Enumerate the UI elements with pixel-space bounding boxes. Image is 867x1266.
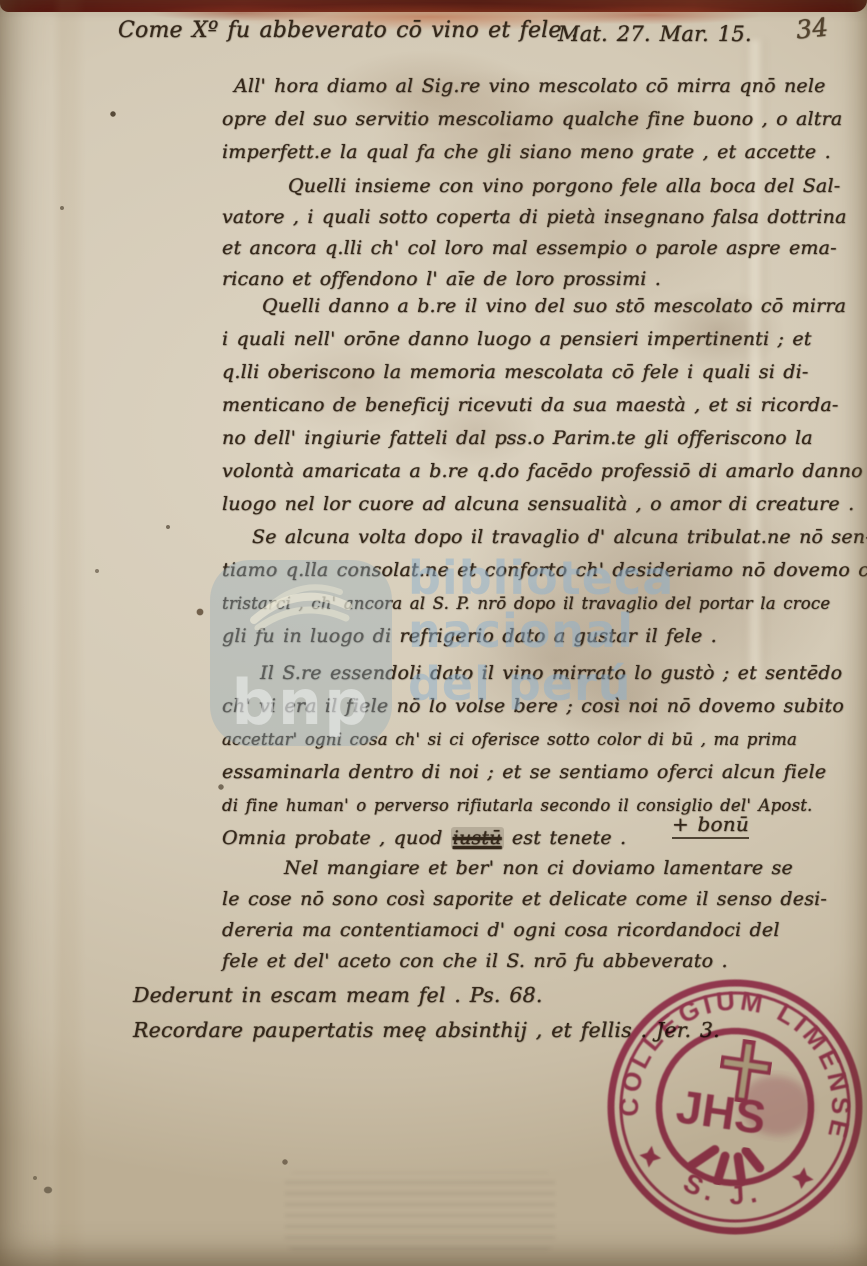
folio-number: 34 xyxy=(795,12,830,44)
manuscript-line: All' hora diamo al Sig.re vino mescolato… xyxy=(222,70,822,103)
manuscript-line: tiamo q.lla consolat.ne et conforto ch' … xyxy=(222,554,822,587)
margin-correction-note: + bonū xyxy=(672,812,749,839)
line-fragment: Omnia probate , quod xyxy=(222,827,451,849)
manuscript-line: i quali nell' orōne danno luogo a pensie… xyxy=(222,323,822,356)
manuscript-line: q.lli oberiscono la memoria mescolata cō… xyxy=(222,356,822,389)
manuscript-line: Quelli danno a b.re il vino del suo stō … xyxy=(222,290,822,323)
manuscript-line: volontà amaricata a b.re q.do facēdo pro… xyxy=(222,455,822,488)
struck-word: iustū xyxy=(451,827,504,849)
manuscript-line: menticano de beneficij ricevuti da sua m… xyxy=(222,389,822,422)
manuscript-line: luogo nel lor cuore ad alcuna sensualità… xyxy=(222,488,822,521)
line-fragment: est tenete . xyxy=(504,827,627,849)
page-title: Come Xº fu abbeverato cō vino et fele . xyxy=(118,18,578,43)
manuscript-line: Il S.re essendoli dato il vino mirrato l… xyxy=(222,657,822,690)
manuscript-line: ch' vi era il fiele nō lo volse bere ; c… xyxy=(222,690,822,723)
paragraph-3: Quelli danno a b.re il vino del suo stō … xyxy=(222,290,822,521)
verso-show-through xyxy=(285,1172,555,1250)
manuscript-line: Nel mangiare et ber' non ci doviamo lame… xyxy=(222,853,822,884)
manuscript-line: et ancora q.lli ch' col loro mal essempi… xyxy=(222,233,822,264)
manuscript-line: no dell' ingiurie fatteli dal pss.o Pari… xyxy=(222,422,822,455)
manuscript-line: opre del suo servitio mescoliamo qualche… xyxy=(222,103,822,136)
paragraph-4: Se alcuna volta dopo il travaglio d' alc… xyxy=(222,521,822,653)
jesuit-stamp: COLLEGIUM LIMENSE S. J. JHS xyxy=(583,955,867,1260)
manuscript-line: essaminarla dentro di noi ; et se sentia… xyxy=(222,756,822,789)
paragraph-1: All' hora diamo al Sig.re vino mescolato… xyxy=(222,70,822,169)
manuscript-line: vatore , i quali sotto coperta di pietà … xyxy=(222,202,822,233)
citation-psalm: Dederunt in escam meam fel . Ps. 68. xyxy=(133,983,543,1007)
manuscript-line: tristarci , ch' ancora al S. P. nrō dopo… xyxy=(222,587,822,620)
book-edge-band xyxy=(0,0,867,12)
manuscript-line: gli fu in luogo di refrigerio dato a gus… xyxy=(222,620,822,653)
manuscript-line: imperfett.e la qual fa che gli siano men… xyxy=(222,136,822,169)
manuscript-line: le cose nō sono così saporite et delicat… xyxy=(222,884,822,915)
manuscript-line: accettar' ogni cosa ch' si ci oferisce s… xyxy=(222,723,822,756)
manuscript-line: Se alcuna volta dopo il travaglio d' alc… xyxy=(222,521,822,554)
stamp-cross-left-icon xyxy=(638,1144,663,1169)
paragraph-6: Nel mangiare et ber' non ci doviamo lame… xyxy=(222,853,822,977)
stamp-cross-right-icon xyxy=(790,1166,815,1191)
manuscript-line: Quelli insieme con vino porgono fele all… xyxy=(222,171,822,202)
stamp-monogram: JHS xyxy=(673,1080,769,1144)
manuscript-page: Come Xº fu abbeverato cō vino et fele . … xyxy=(0,0,867,1266)
scripture-refs: Mat. 27. Mar. 15. xyxy=(558,22,752,46)
paragraph-2: Quelli insieme con vino porgono fele all… xyxy=(222,171,822,295)
manuscript-line: dereria ma contentiamoci d' ogni cosa ri… xyxy=(222,915,822,946)
